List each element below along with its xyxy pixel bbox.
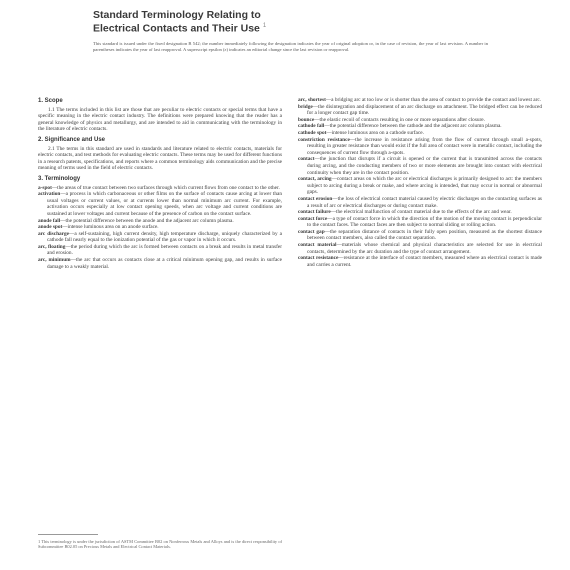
definition-term: anode spot bbox=[38, 224, 62, 230]
definition-entry: cathode spot—intense luminous area on a … bbox=[298, 130, 542, 137]
definition-term: contact force bbox=[298, 216, 327, 222]
footnote-divider bbox=[38, 534, 98, 535]
definition-term: arc, minimum bbox=[38, 257, 71, 263]
definition-text: —the electrical malfunction of contact m… bbox=[331, 209, 512, 215]
definition-term: anode fall bbox=[38, 218, 60, 224]
definition-entry: activation—a process in which carbonaceo… bbox=[38, 191, 282, 217]
definition-text: —the loss of electrical contact material… bbox=[307, 196, 542, 209]
definition-entry: constriction resistance—the increase in … bbox=[298, 137, 542, 157]
definition-text: —a self-sustaining, high current density… bbox=[47, 231, 282, 244]
title-footnote-mark: 1 bbox=[263, 23, 266, 29]
definition-entry: bridge—the disintegration and displaceme… bbox=[298, 104, 542, 117]
section-heading-scope: 1. Scope bbox=[38, 98, 282, 105]
section-heading-terminology: 3. Terminology bbox=[38, 176, 282, 183]
definition-entry: contact force—a type of contact force in… bbox=[298, 216, 542, 229]
definition-term: bounce bbox=[298, 117, 314, 123]
definition-entry: arc, floating—the period during which th… bbox=[38, 244, 282, 257]
footnote: 1 This terminology is under the jurisdic… bbox=[38, 539, 282, 550]
definition-text: —the potential difference between the an… bbox=[60, 218, 233, 224]
definition-text: —intense luminous area on an anode surfa… bbox=[62, 224, 158, 230]
document-title: Standard Terminology Relating to Electri… bbox=[93, 10, 493, 35]
designation-notice: This standard is issued under the fixed … bbox=[93, 41, 488, 53]
definition-term: contact bbox=[298, 156, 314, 162]
definition-entry: contact—the junction that disrupts if a … bbox=[298, 156, 542, 176]
definition-term: cathode fall bbox=[298, 123, 324, 129]
definition-text: —the areas of true contact between two s… bbox=[52, 185, 280, 191]
definition-term: contact gap bbox=[298, 229, 325, 235]
definition-entry: contact gap—the separation distance of c… bbox=[298, 229, 542, 242]
definition-entry: contact, arcing—contact areas on which t… bbox=[298, 176, 542, 196]
left-column: 1. Scope 1.1 The terms included in this … bbox=[38, 96, 282, 270]
definition-term: arc, shortest bbox=[298, 97, 326, 103]
definition-entry: cathode fall—the potential difference be… bbox=[298, 123, 542, 130]
definition-list-left: a-spot—the areas of true contact between… bbox=[38, 185, 282, 271]
significance-paragraph: 2.1 The terms in this standard are used … bbox=[38, 146, 282, 172]
definition-entry: arc, minimum—the arc that occurs as cont… bbox=[38, 257, 282, 270]
definition-entry: contact resistance—resistance at the int… bbox=[298, 255, 542, 268]
definition-text: —the potential difference between the ca… bbox=[324, 123, 501, 129]
definition-term: arc, floating bbox=[38, 244, 65, 250]
definition-text: —the disintegration and displacement of … bbox=[307, 104, 542, 117]
definition-entry: arc discharge—a self-sustaining, high cu… bbox=[38, 231, 282, 244]
definition-text: —intense luminous area on a cathode surf… bbox=[326, 130, 424, 136]
definition-term: cathode spot bbox=[298, 130, 326, 136]
definition-term: contact, arcing bbox=[298, 176, 332, 182]
definition-entry: arc, shortest—a bridging arc at too low … bbox=[298, 97, 542, 104]
definition-term: contact material bbox=[298, 242, 337, 248]
definition-term: contact erosion bbox=[298, 196, 332, 202]
definition-term: bridge bbox=[298, 104, 313, 110]
definition-list-right: arc, shortest—a bridging arc at too low … bbox=[298, 97, 542, 268]
definition-term: a-spot bbox=[38, 185, 52, 191]
definition-entry: contact erosion—the loss of electrical c… bbox=[298, 196, 542, 209]
definition-text: —contact areas on which the arc or elect… bbox=[307, 176, 542, 195]
definition-term: contact resistance bbox=[298, 255, 338, 261]
definition-text: —a type of contact force in which the di… bbox=[307, 216, 542, 229]
definition-text: —a process in which carbonaceous or othe… bbox=[47, 191, 282, 217]
definition-term: constriction resistance bbox=[298, 137, 350, 143]
title-line-1: Standard Terminology Relating to bbox=[93, 10, 493, 21]
definition-text: —the period during which the arc is form… bbox=[47, 244, 282, 257]
right-column: arc, shortest—a bridging arc at too low … bbox=[298, 97, 542, 268]
definition-text: —the junction that disrupts if a circuit… bbox=[307, 156, 542, 175]
title-line-2: Electrical Contacts and Their Use 1 bbox=[93, 21, 493, 35]
definition-text: —materials whose chemical and physical c… bbox=[307, 242, 542, 255]
definition-text: —the separation distance of contacts in … bbox=[307, 229, 542, 242]
definition-text: —the arc that occurs as contacts close a… bbox=[47, 257, 282, 270]
definition-text: —a bridging arc at too low or is shorter… bbox=[326, 97, 541, 103]
definition-entry: contact failure—the electrical malfuncti… bbox=[298, 209, 542, 216]
definition-term: activation bbox=[38, 191, 60, 197]
definition-term: contact failure bbox=[298, 209, 331, 215]
definition-text: —the elastic recoil of contacts resultin… bbox=[314, 117, 485, 123]
scope-paragraph: 1.1 The terms included in this list are … bbox=[38, 107, 282, 133]
definition-term: arc discharge bbox=[38, 231, 69, 237]
definition-text: —resistance at the interface of contact … bbox=[307, 255, 542, 268]
section-heading-significance: 2. Significance and Use bbox=[38, 137, 282, 144]
definition-entry: contact material—materials whose chemica… bbox=[298, 242, 542, 255]
definition-entry: anode spot—intense luminous area on an a… bbox=[38, 224, 282, 231]
